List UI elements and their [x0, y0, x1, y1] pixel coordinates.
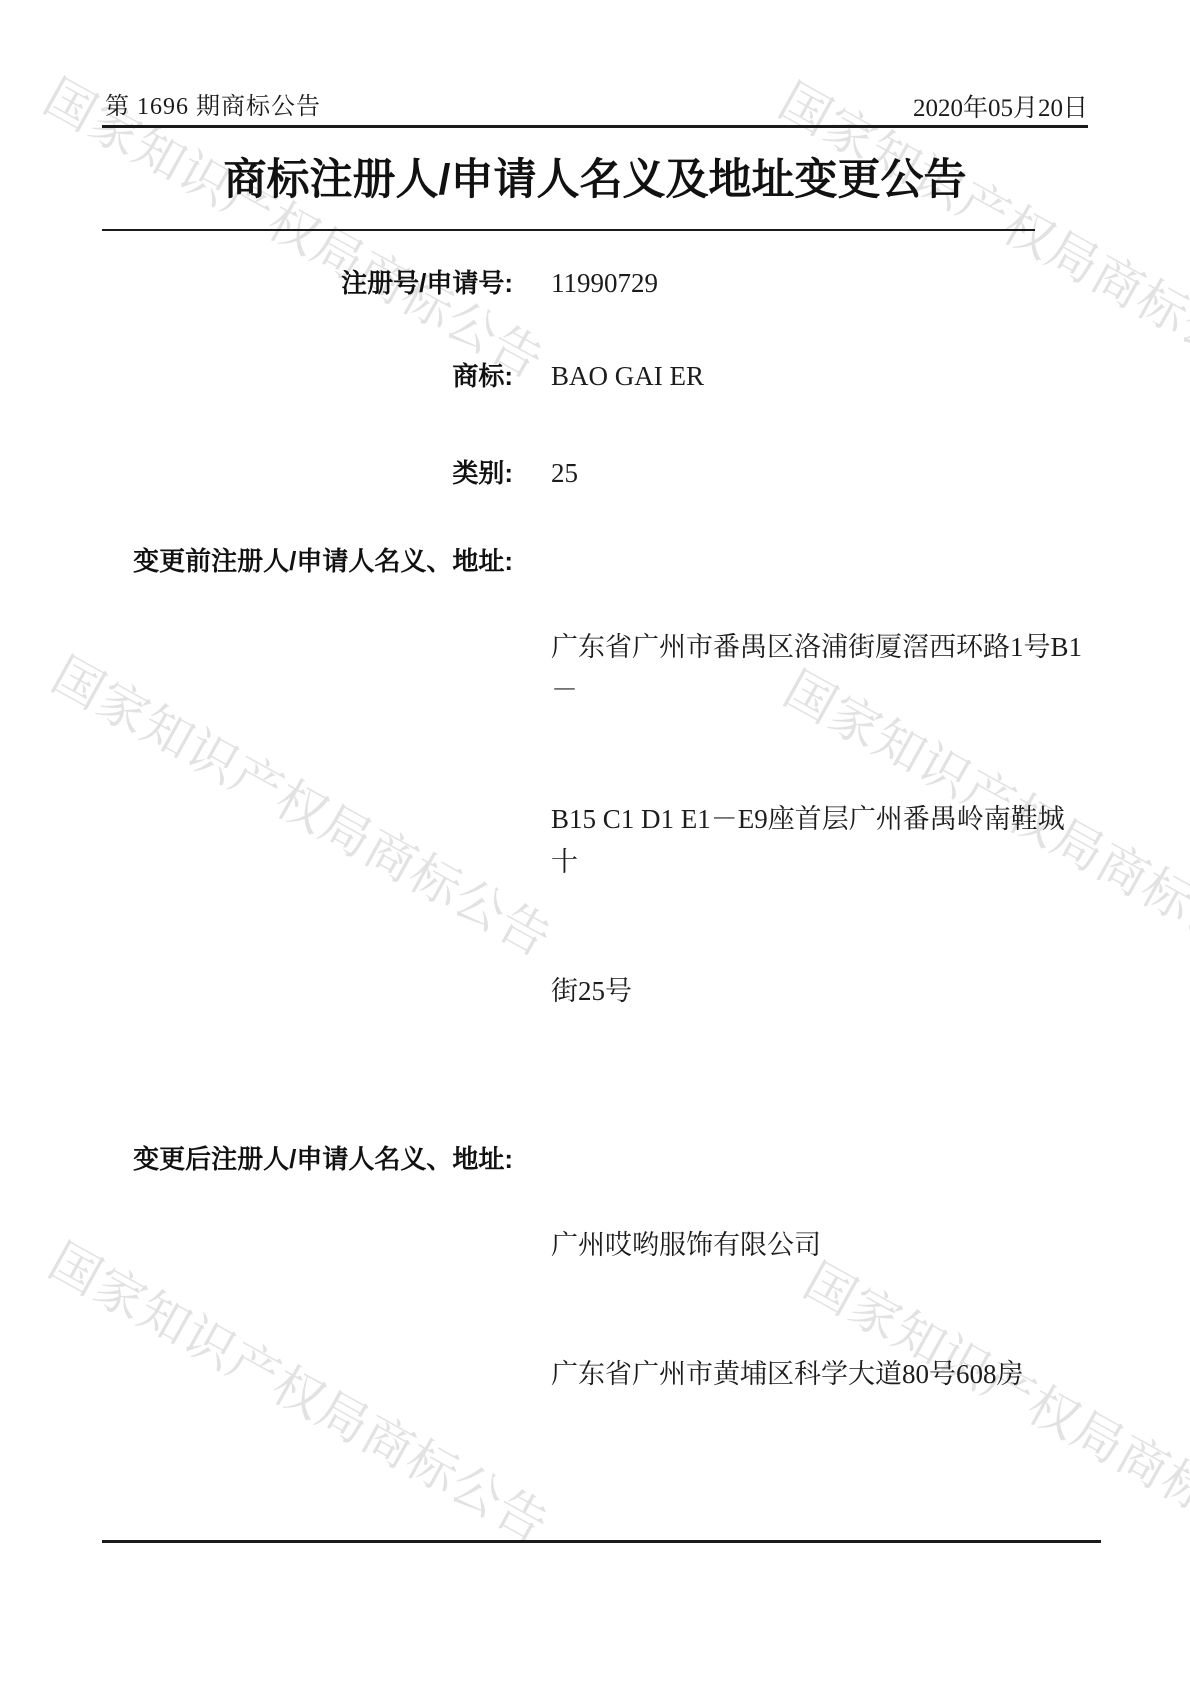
footer-rule [102, 1540, 1101, 1543]
before-change-label: 变更前注册人/申请人名义、地址: [100, 540, 513, 583]
field-row-registration-number: 注册号/申请号: 11990729 [100, 262, 1090, 305]
after-change-line-1: 广州哎哟服饰有限公司 [551, 1224, 1090, 1267]
class-label: 类别: [100, 452, 513, 495]
class-value: 25 [551, 452, 1090, 495]
gazette-issue-label: 第 1696 期商标公告 [105, 86, 321, 121]
title-rule [102, 229, 1035, 231]
fields-section: 注册号/申请号: 11990729 商标: BAO GAI ER 类别: 25 … [100, 262, 1090, 1482]
field-row-class: 类别: 25 [100, 452, 1090, 495]
field-row-after-change: 变更后注册人/申请人名义、地址: 广州哎哟服饰有限公司 广东省广州市黄埔区科学大… [100, 1138, 1090, 1482]
field-row-before-change: 变更前注册人/申请人名义、地址: 广东省广州市番禺区洛浦街厦滘西环路1号B1－ … [100, 540, 1090, 1099]
field-row-trademark: 商标: BAO GAI ER [100, 355, 1090, 398]
publication-date: 2020年05月20日 [913, 88, 1088, 124]
registration-number-label: 注册号/申请号: [100, 262, 513, 305]
before-change-line-1: 广东省广州市番禺区洛浦街厦滘西环路1号B1－ [551, 626, 1090, 712]
before-change-value: 广东省广州市番禺区洛浦街厦滘西环路1号B1－ B15 C1 D1 E1－E9座首… [551, 540, 1090, 1099]
page-title: 商标注册人/申请人名义及地址变更公告 [0, 146, 1190, 207]
before-change-line-3: 街25号 [551, 970, 1090, 1013]
trademark-label: 商标: [100, 355, 513, 398]
trademark-value: BAO GAI ER [551, 355, 1090, 398]
before-change-line-2: B15 C1 D1 E1－E9座首层广州番禺岭南鞋城十 [551, 798, 1090, 884]
after-change-line-2: 广东省广州市黄埔区科学大道80号608房 [551, 1353, 1090, 1396]
registration-number-value: 11990729 [551, 262, 1090, 305]
document-page: 国家知识产权局商标公告 国家知识产权局商标公告 国家知识产权局商标公告 国家知识… [0, 0, 1190, 1684]
after-change-label: 变更后注册人/申请人名义、地址: [100, 1138, 513, 1181]
after-change-value: 广州哎哟服饰有限公司 广东省广州市黄埔区科学大道80号608房 [551, 1138, 1090, 1482]
header-rule [102, 125, 1088, 128]
